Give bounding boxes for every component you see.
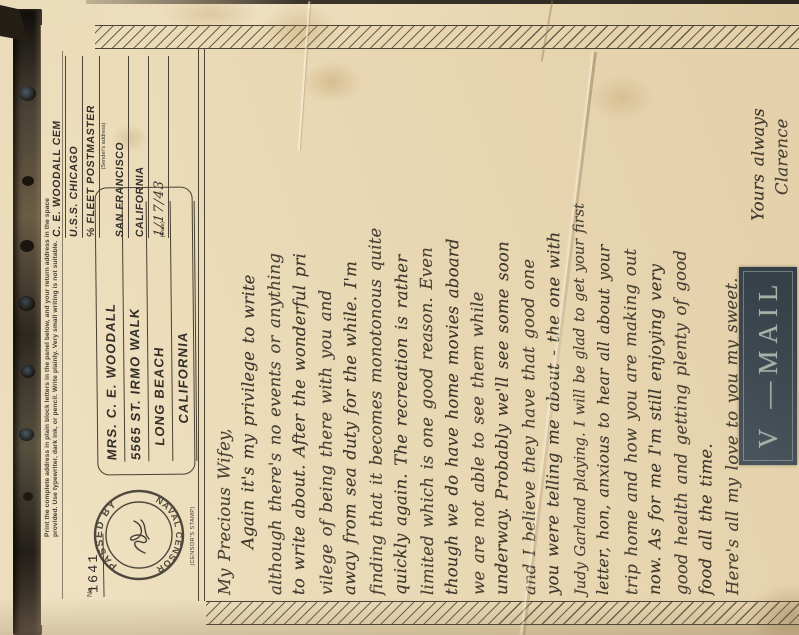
vmail-stamp-label: V —MAIL bbox=[753, 278, 784, 455]
message-line: good health and getting plenty of good bbox=[667, 53, 695, 595]
message-line: limited which is one good reason. Even bbox=[413, 53, 441, 595]
film-blob bbox=[19, 428, 34, 441]
message-line: underway. Probably we'll see some soon bbox=[490, 53, 517, 595]
film-blob bbox=[18, 296, 35, 311]
message-line: My Precious Wifey, bbox=[210, 53, 238, 595]
message-line: although there's no events or anything bbox=[261, 53, 289, 595]
message-line: quickly again. The recreation is rather bbox=[388, 53, 415, 595]
header-divider bbox=[198, 48, 205, 601]
message-line: vilege of being there with you and bbox=[311, 53, 339, 595]
message-line: finding that it becomes monotonous quite bbox=[362, 53, 390, 595]
vmail-stamp: V —MAIL bbox=[739, 267, 797, 465]
hatch-border-left bbox=[206, 601, 799, 625]
message-line: Again it's my privilege to write bbox=[235, 53, 262, 595]
censor-stamp-caption: (CENSOR'S STAMP) bbox=[190, 487, 196, 585]
svg-text:NAVAL CENSOR: NAVAL CENSOR bbox=[154, 495, 184, 575]
message-line: food all the time. bbox=[693, 53, 720, 595]
film-blob bbox=[21, 365, 35, 378]
sender-city-line: SAN FRANCISCO bbox=[109, 54, 129, 238]
recipient-address-line: CALIFORNIA bbox=[171, 198, 198, 461]
sender-postmaster-line: ℅ FLEET POSTMASTER bbox=[83, 54, 100, 238]
message-line: you were telling me about - the one with bbox=[540, 53, 567, 595]
sender-address-block: C. E. WOODALL CEM U.S.S. CHICAGO ℅ FLEET… bbox=[49, 55, 169, 237]
recipient-address-line: 5565 ST. IRMO WALK bbox=[123, 199, 150, 462]
date-value: 1/17/43 bbox=[152, 179, 167, 238]
photo-top-edge-line bbox=[86, 0, 799, 4]
sender-address-caption: (Sender's address) bbox=[100, 55, 109, 237]
message-line: and I believe they have that good one bbox=[515, 53, 543, 595]
film-blob bbox=[20, 240, 34, 252]
sender-date-row: (Date) 1/17/43 bbox=[149, 54, 169, 238]
film-blob bbox=[22, 176, 34, 186]
censor-signature bbox=[131, 520, 149, 553]
message-line: letter, hon, anxious to hear all about y… bbox=[591, 53, 618, 595]
film-blob bbox=[19, 86, 36, 101]
message-line: to write about. After the wonderful pri bbox=[286, 53, 313, 595]
message-line: now. As for me I'm still enjoying very bbox=[642, 53, 669, 595]
recipient-address-line: LONG BEACH bbox=[147, 199, 174, 462]
sender-state-line: CALIFORNIA bbox=[129, 54, 149, 238]
sender-ship-line: U.S.S. CHICAGO bbox=[66, 54, 83, 238]
hatch-border-right bbox=[95, 25, 799, 49]
message-line: we are not able to see them while bbox=[464, 53, 492, 595]
message-line: away from sea duty for the while. I'm bbox=[337, 53, 364, 595]
message-area: My Precious Wifey,Again it's my privileg… bbox=[211, 53, 795, 595]
message-line: though we do have home movies aboard bbox=[439, 53, 466, 595]
film-strip bbox=[13, 9, 42, 635]
sender-name-line: C. E. WOODALL CEM bbox=[49, 54, 66, 238]
recipient-address-line: MRS. C. E. WOODALL bbox=[99, 199, 126, 462]
message-line: Judy Garland playing. I will be glad to … bbox=[566, 53, 594, 595]
censor-stamp: PASSED BY NAVAL CENSOR bbox=[91, 487, 187, 583]
vmail-letter-form: Print the complete address in plain bloc… bbox=[40, 25, 799, 625]
censor-stamp-arc-bottom: NAVAL CENSOR bbox=[154, 495, 184, 575]
message-line: trip home and how you are making out bbox=[616, 53, 644, 595]
film-blob bbox=[23, 492, 33, 501]
